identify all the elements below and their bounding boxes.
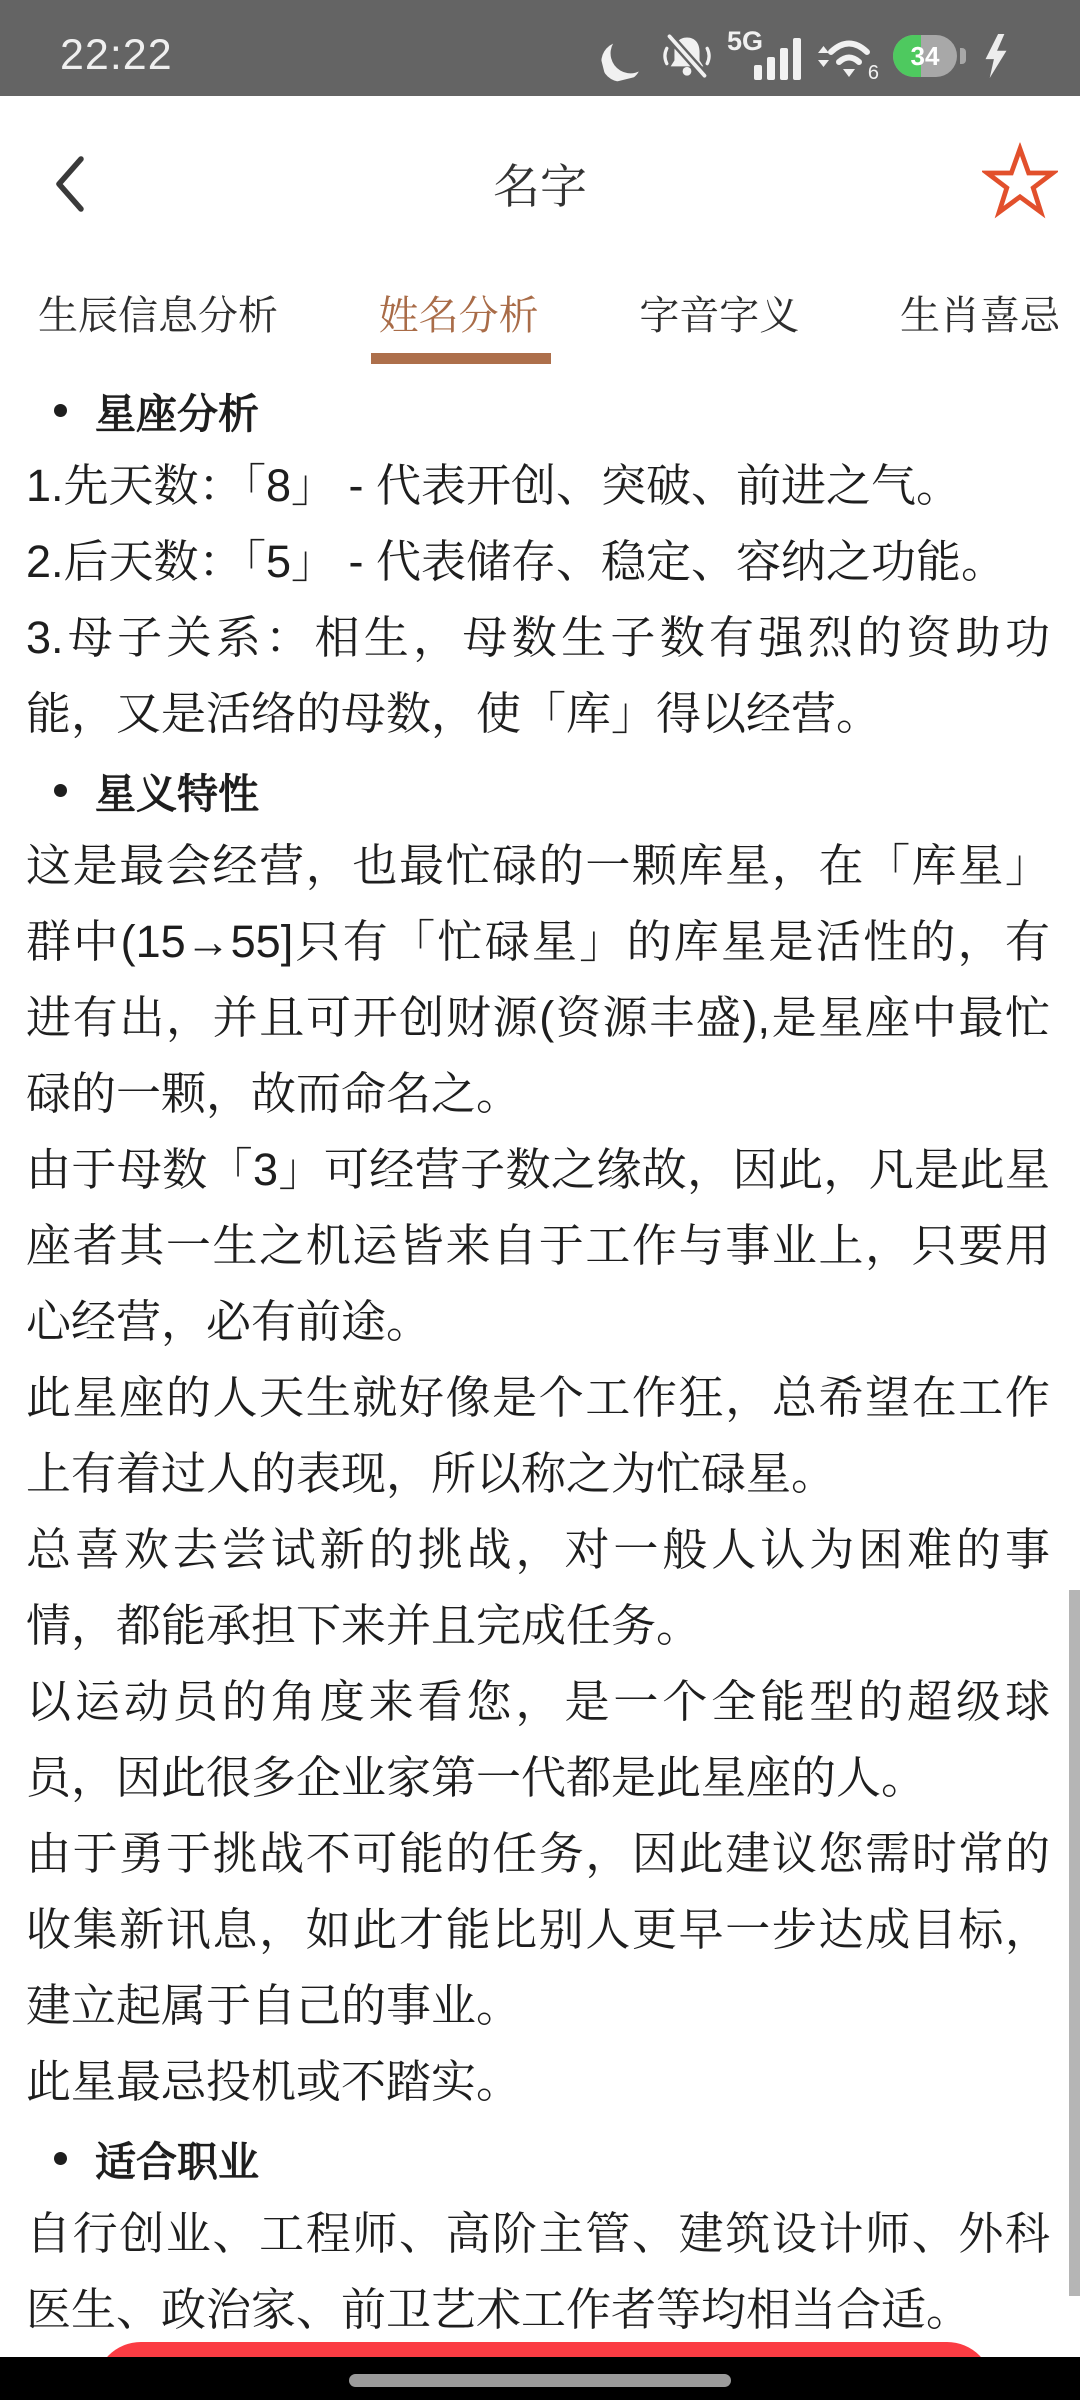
bullet-icon [54, 784, 67, 797]
section-heading-suitable-careers: 适合职业 [26, 2120, 1050, 2196]
tab-bar: 生辰信息分析 姓名分析 字音字义 生肖喜忌 [0, 288, 1080, 372]
paragraph: 此星最忌投机或不踏实。 [26, 2044, 1050, 2120]
section-heading-star-traits: 星义特性 [26, 752, 1050, 828]
analysis-content: 星座分析 1.先天数：「8」 - 代表开创、突破、前进之气。 2.后天数：「5」… [0, 372, 1080, 2348]
battery-cap [960, 48, 966, 64]
paragraph: 由于母数「3」可经营子数之缘故，因此，凡是此星座者其一生之机运皆来自于工作与事业… [26, 1132, 1050, 1360]
star-icon [982, 142, 1058, 220]
tab-name-analysis[interactable]: 姓名分析 [379, 288, 539, 344]
tab-sound-meaning[interactable]: 字音字义 [639, 288, 799, 344]
charging-bolt-icon [982, 34, 1010, 78]
page-title: 名字 [493, 150, 587, 217]
do-not-disturb-moon-icon [596, 28, 652, 84]
bullet-icon [54, 2152, 67, 2165]
paragraph: 以运动员的角度来看您，是一个全能型的超级球员，因此很多企业家第一代都是此星座的人… [26, 1664, 1050, 1816]
section-heading-label: 星义特性 [95, 761, 259, 820]
tab-birth-info-analysis[interactable]: 生辰信息分析 [38, 288, 278, 344]
screen: 22:22 5G [0, 0, 1080, 2400]
paragraph: 这是最会经营，也最忙碌的一颗库星，在「库星」群中(15→55]只有「忙碌星」的库… [26, 828, 1050, 1132]
section-heading-label: 星座分析 [95, 381, 259, 440]
paragraph: 1.先天数：「8」 - 代表开创、突破、前进之气。 [26, 448, 1050, 524]
signal-strength-icon: 5G [727, 30, 801, 82]
paragraph: 此星座的人天生就好像是个工作狂，总希望在工作上有着过人的表现，所以称之为忙碌星。 [26, 1360, 1050, 1512]
notifications-off-icon [663, 32, 711, 80]
tab-zodiac-preferences[interactable]: 生肖喜忌 [900, 288, 1060, 344]
gesture-handle[interactable] [349, 2374, 731, 2387]
scrollbar-thumb[interactable] [1069, 1590, 1080, 2296]
app-bar: 名字 [0, 96, 1080, 271]
section-heading-constellation: 星座分析 [26, 372, 1050, 448]
status-icons: 5G 6 34 [601, 30, 1010, 82]
paragraph: 2.后天数：「5」 - 代表储存、稳定、容纳之功能。 [26, 524, 1050, 600]
back-chevron-icon [52, 154, 88, 214]
back-button[interactable] [52, 152, 96, 216]
paragraph: 由于勇于挑战不可能的任务，因此建议您需时常的收集新讯息，如此才能比别人更早一步达… [26, 1816, 1050, 2044]
paragraph: 总喜欢去尝试新的挑战，对一般人认为困难的事情，都能承担下来并且完成任务。 [26, 1512, 1050, 1664]
paragraph: 自行创业、工程师、高阶主管、建筑设计师、外科医生、政治家、前卫艺术工作者等均相当… [26, 2196, 1050, 2348]
section-heading-label: 适合职业 [95, 2129, 259, 2188]
clock: 22:22 [60, 31, 173, 80]
paragraph: 3.母子关系：相生，母数生子数有强烈的资助功能，又是活络的母数，使「库」得以经营… [26, 600, 1050, 752]
wifi-generation-label: 6 [868, 62, 879, 85]
favorite-button[interactable] [982, 142, 1058, 225]
bullet-icon [54, 404, 67, 417]
battery-icon: 34 [893, 35, 966, 77]
battery-percent-label: 34 [893, 35, 957, 77]
status-bar: 22:22 5G [0, 0, 1080, 96]
gesture-nav-bar [0, 2357, 1080, 2400]
wifi-icon: 6 [817, 31, 877, 81]
signal-bars-icon [754, 38, 801, 80]
